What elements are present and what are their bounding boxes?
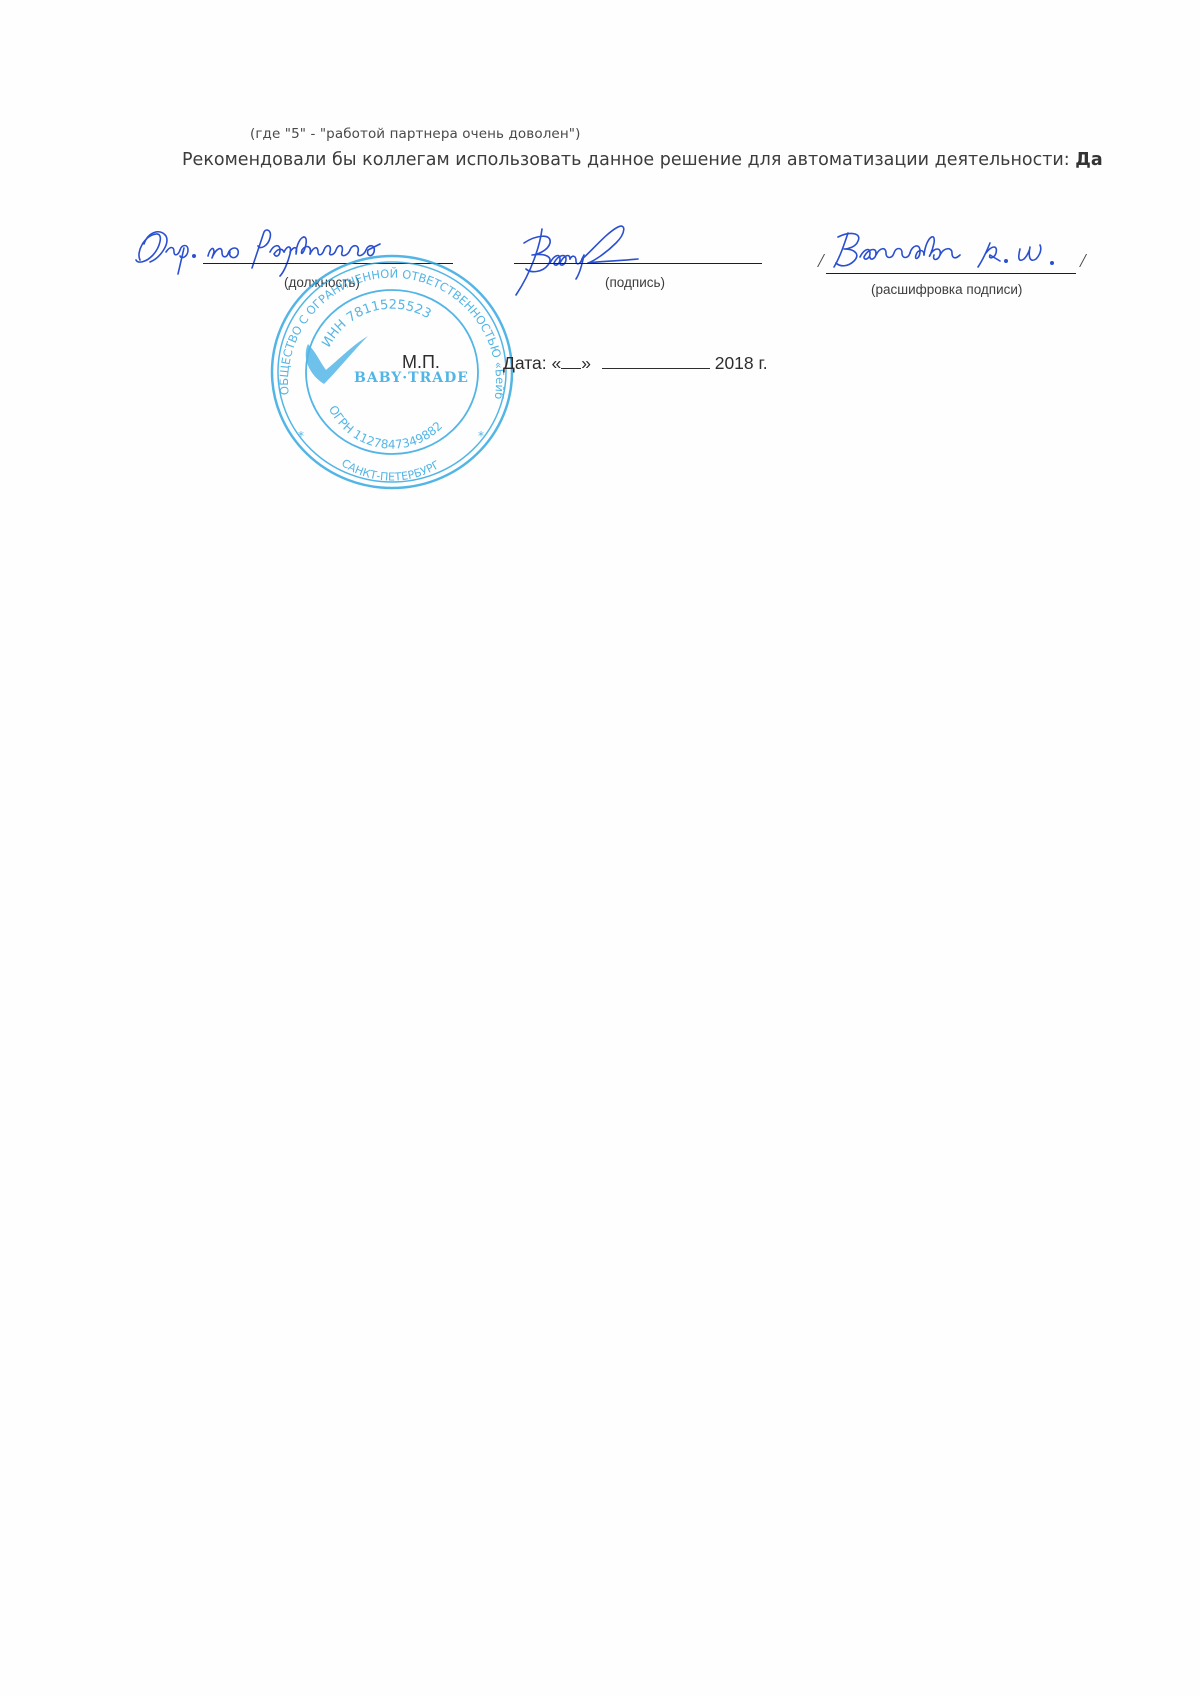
signature-caption: (подпись) (605, 275, 665, 290)
recommendation-line: Рекомендовали бы коллегам использовать д… (182, 150, 1103, 170)
date-close-quote: » (581, 353, 591, 373)
name-line (826, 273, 1076, 274)
date-year: 2018 г. (715, 353, 768, 373)
date-line: Дата: «» 2018 г. (503, 353, 768, 374)
svg-text:*: * (298, 429, 304, 443)
stamp-inn: ИНН 7811525523 (319, 298, 433, 350)
date-month-blank (602, 367, 710, 369)
date-open-quote: « (552, 353, 562, 373)
stamp-ogrn: ОГРН 1127847349882 (326, 403, 445, 452)
recommendation-question: Рекомендовали бы коллегам использовать д… (182, 150, 1070, 170)
rating-scale-note: (где "5" - "работой партнера очень довол… (250, 126, 580, 142)
company-stamp: ОБЩЕСТВО С ОГРАНИЧЕННОЙ ОТВЕТСТВЕННОСТЬЮ… (268, 252, 516, 492)
document-page: (где "5" - "работой партнера очень довол… (0, 0, 1200, 1695)
stamp-city: САНКТ-ПЕТЕРБУРГ (339, 457, 442, 484)
recommendation-answer: Да (1075, 150, 1102, 170)
date-day-blank (561, 367, 581, 369)
signature-line (514, 263, 762, 264)
date-label: Дата: (503, 353, 547, 373)
svg-text:*: * (478, 429, 484, 443)
name-open-slash: / (818, 250, 824, 273)
name-close-slash: / (1080, 250, 1086, 273)
seal-placeholder-label: М.П. (402, 352, 440, 373)
handwritten-name (828, 225, 1078, 275)
name-caption: (расшифровка подписи) (871, 282, 1022, 297)
handwritten-signature (510, 215, 670, 305)
